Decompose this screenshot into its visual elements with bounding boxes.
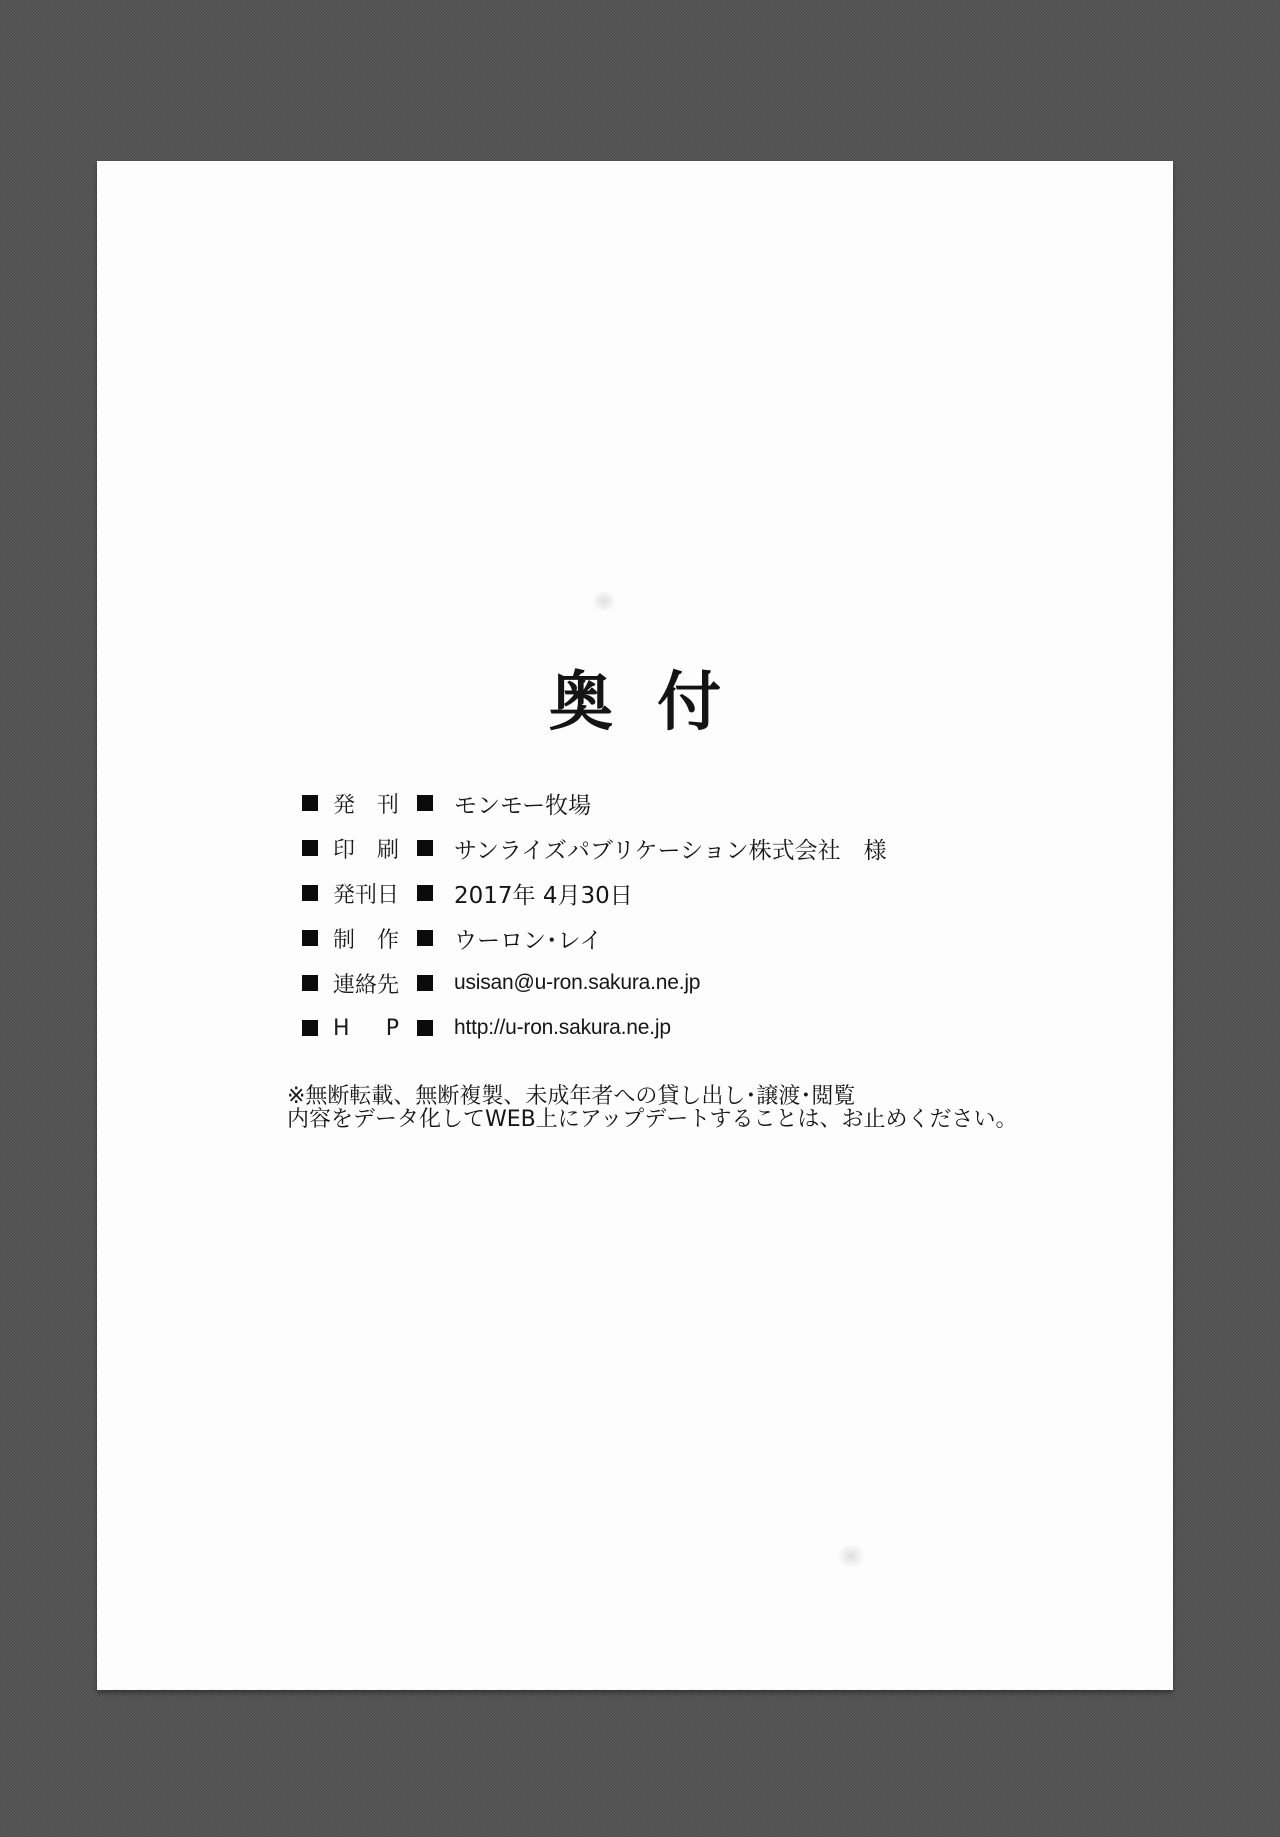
homepage-url-text: http://u-ron.sakura.ne.jp <box>454 1016 671 1040</box>
square-bullet-icon <box>417 885 433 901</box>
colophon-list: 発 刊 モンモー牧場 印 刷 サンライズパブリケーション株式会社 様 発刊日 2… <box>302 790 887 1060</box>
notice-line-2: 内容をデータ化してWEB上にアップデートすることは、お止めください。 <box>287 1108 1018 1131</box>
contact-email-text: usisan@u-ron.sakura.ne.jp <box>454 971 700 995</box>
row-value: サンライズパブリケーション株式会社 様 <box>454 832 887 865</box>
colophon-row-publisher: 発 刊 モンモー牧場 <box>302 790 887 816</box>
square-bullet-icon <box>302 795 318 811</box>
colophon-row-author: 制 作 ウーロン･レイ <box>302 925 887 951</box>
scan-smudge <box>591 591 617 611</box>
row-label: 印 刷 <box>333 833 399 864</box>
square-bullet-icon <box>302 840 318 856</box>
row-value: 2017年 4月30日 <box>454 877 633 910</box>
row-label: 連絡先 <box>333 968 399 999</box>
colophon-row-contact-email: 連絡先 usisan@u-ron.sakura.ne.jp <box>302 970 887 996</box>
square-bullet-icon <box>302 975 318 991</box>
row-label: H P <box>333 1016 399 1041</box>
scan-smudge <box>835 1545 867 1567</box>
colophon-page-sheet: 奥 付 発 刊 モンモー牧場 印 刷 サンライズパブリケーション株式会社 様 発… <box>97 161 1173 1690</box>
square-bullet-icon <box>417 1020 433 1036</box>
square-bullet-icon <box>417 840 433 856</box>
square-bullet-icon <box>302 930 318 946</box>
square-bullet-icon <box>417 930 433 946</box>
row-value: ウーロン･レイ <box>454 922 602 955</box>
square-bullet-icon <box>417 975 433 991</box>
row-label: 発刊日 <box>333 878 399 909</box>
colophon-row-publication-date: 発刊日 2017年 4月30日 <box>302 880 887 906</box>
colophon-row-homepage: H P http://u-ron.sakura.ne.jp <box>302 1015 887 1041</box>
row-label: 発 刊 <box>333 788 399 819</box>
row-label: 制 作 <box>333 923 399 954</box>
square-bullet-icon <box>417 795 433 811</box>
page-title: 奥 付 <box>97 671 1173 735</box>
square-bullet-icon <box>302 1020 318 1036</box>
notice-line-1: ※無断転載、無断複製、未成年者への貸し出し･譲渡･閲覧 <box>287 1085 1018 1108</box>
colophon-row-printer: 印 刷 サンライズパブリケーション株式会社 様 <box>302 835 887 861</box>
reproduction-notice: ※無断転載、無断複製、未成年者への貸し出し･譲渡･閲覧 内容をデータ化してWEB… <box>287 1085 1018 1131</box>
square-bullet-icon <box>302 885 318 901</box>
row-value: モンモー牧場 <box>454 787 591 820</box>
